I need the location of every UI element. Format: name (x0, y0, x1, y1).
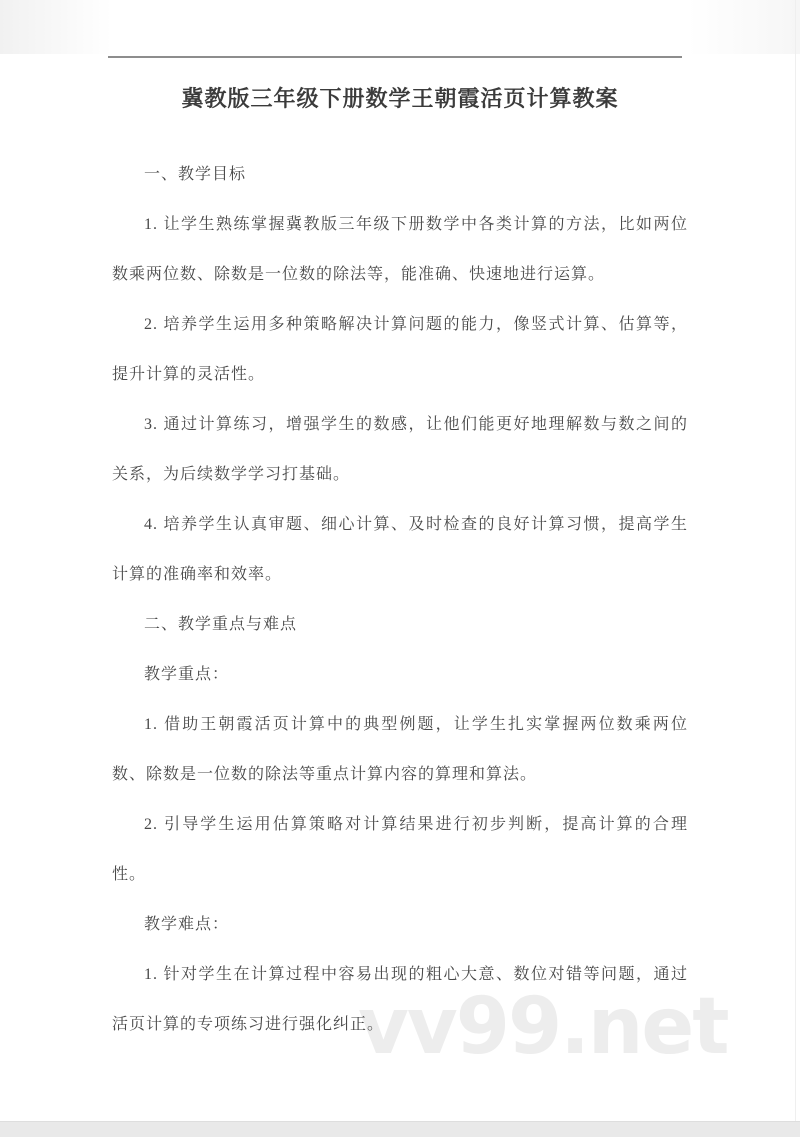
header-rule (108, 56, 682, 58)
document-title: 冀教版三年级下册数学王朝霞活页计算教案 (112, 76, 688, 122)
objective-paragraph-3: 3. 通过计算练习，增强学生的数感，让他们能更好地理解数与数之间的关系，为后续数… (112, 400, 688, 500)
section-heading-key-points: 二、教学重点与难点 (112, 600, 688, 650)
page-bottom-band (0, 1121, 800, 1137)
page-right-edge (795, 0, 796, 1121)
subsection-label-difficulty: 教学难点： (112, 900, 688, 950)
key-focus-paragraph-1: 1. 借助王朝霞活页计算中的典型例题，让学生扎实掌握两位数乘两位数、除数是一位数… (112, 700, 688, 800)
section-heading-objectives: 一、教学目标 (112, 150, 688, 200)
difficulty-paragraph-1: 1. 针对学生在计算过程中容易出现的粗心大意、数位对错等问题，通过活页计算的专项… (112, 950, 688, 1050)
key-focus-paragraph-2: 2. 引导学生运用估算策略对计算结果进行初步判断，提高计算的合理性。 (112, 800, 688, 900)
objective-paragraph-2: 2. 培养学生运用多种策略解决计算问题的能力，像竖式计算、估算等，提升计算的灵活… (112, 300, 688, 400)
document-content: 冀教版三年级下册数学王朝霞活页计算教案 一、教学目标 1. 让学生熟练掌握冀教版… (112, 76, 688, 1050)
document-body: 一、教学目标 1. 让学生熟练掌握冀教版三年级下册数学中各类计算的方法，比如两位… (112, 150, 688, 1050)
subsection-label-key-focus: 教学重点： (112, 650, 688, 700)
document-page: vv99.net 冀教版三年级下册数学王朝霞活页计算教案 一、教学目标 1. 让… (0, 0, 800, 1137)
page-top-shade (0, 0, 800, 54)
objective-paragraph-1: 1. 让学生熟练掌握冀教版三年级下册数学中各类计算的方法，比如两位数乘两位数、除… (112, 200, 688, 300)
objective-paragraph-4: 4. 培养学生认真审题、细心计算、及时检查的良好计算习惯，提高学生计算的准确率和… (112, 500, 688, 600)
